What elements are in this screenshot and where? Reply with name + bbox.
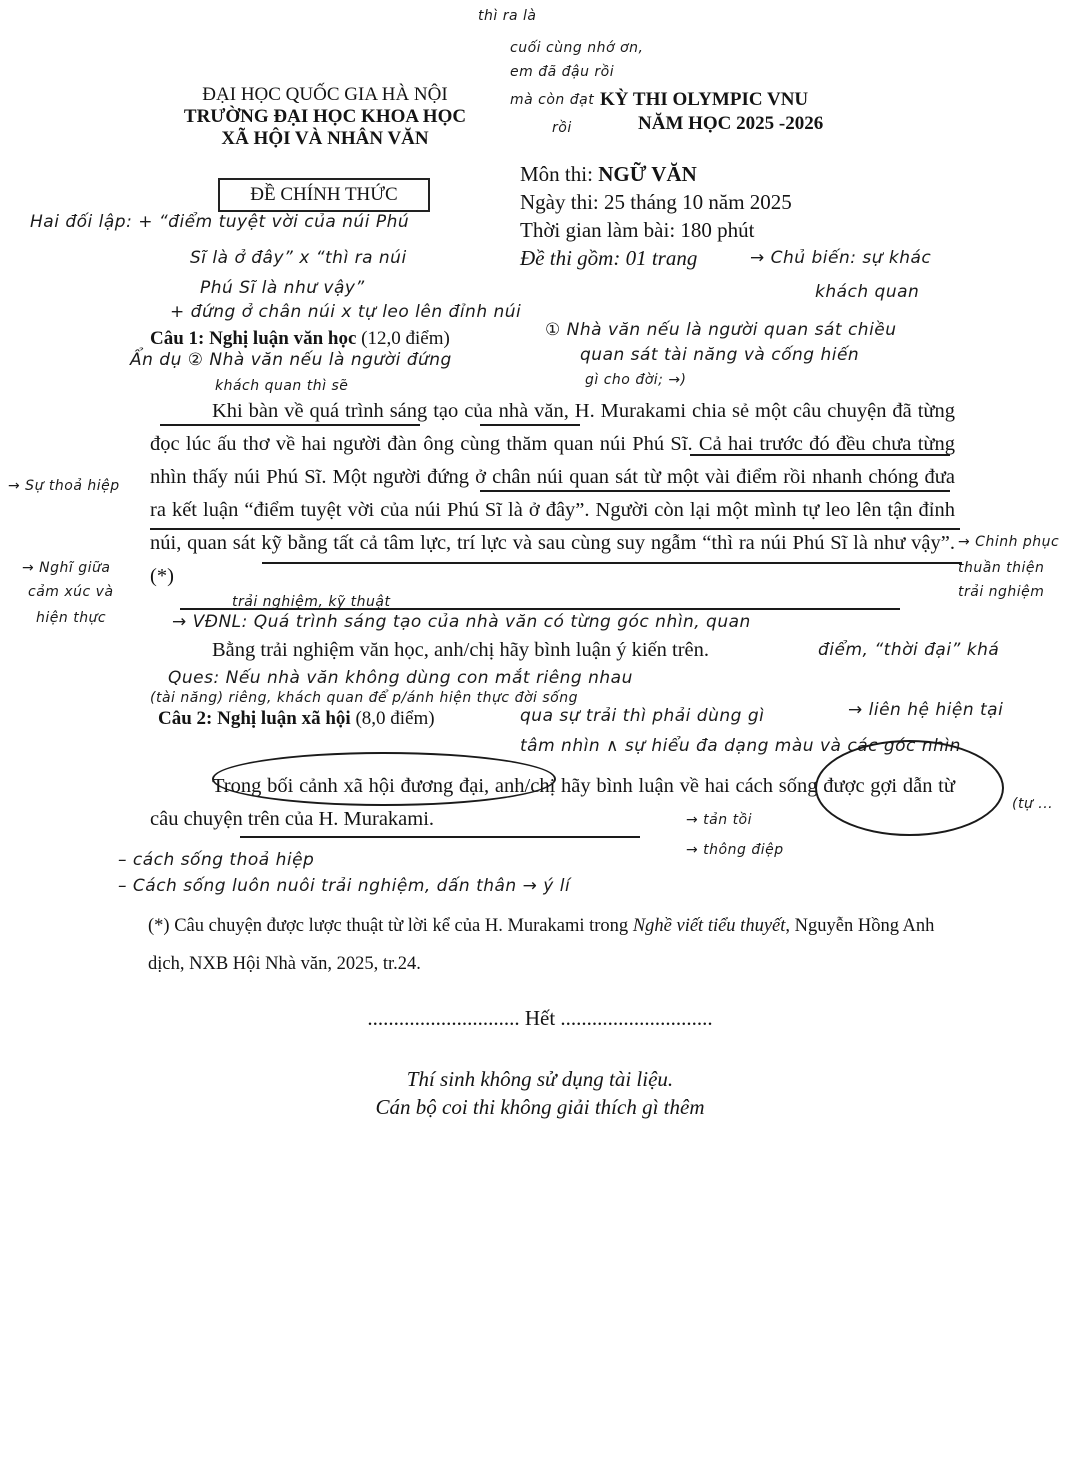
pen-underline [180, 608, 900, 610]
exam-name: KỲ THI OLYMPIC VNU [600, 88, 900, 112]
handwritten-note: → Sự thoả hiệp [8, 478, 120, 494]
handwritten-note: Hai đối lập: + “điểm tuyệt vời của núi P… [30, 212, 409, 232]
subject-line: Môn thi: NGỮ VĂN [520, 160, 792, 188]
handwritten-note: Phú Sĩ là như vậy” [200, 278, 365, 298]
pen-underline [262, 562, 962, 564]
exam-duration: Thời gian làm bài: 180 phút [520, 216, 792, 244]
pen-circle [212, 752, 556, 806]
institution-header: ĐẠI HỌC QUỐC GIA HÀ NỘI TRƯỜNG ĐẠI HỌC K… [160, 84, 490, 150]
handwritten-note: Sĩ là ở đây” x “thì ra núi [190, 248, 407, 268]
university-name: ĐẠI HỌC QUỐC GIA HÀ NỘI [160, 84, 490, 106]
exam-date: Ngày thi: 25 tháng 10 năm 2025 [520, 188, 792, 216]
handwritten-note: gì cho đời; →) [585, 372, 687, 388]
subject-label: Môn thi: [520, 162, 598, 186]
handwritten-note: thuần thiện [958, 560, 1044, 576]
handwritten-note: quan sát tài năng và cống hiến [580, 345, 859, 365]
question1-points: (12,0 điểm) [356, 328, 449, 349]
official-exam-label: ĐỀ CHÍNH THỨC [218, 178, 430, 212]
handwritten-note: rồi [552, 120, 572, 136]
notice-no-explanation: Cán bộ coi thi không giải thích gì thêm [0, 1093, 1080, 1121]
pen-underline [240, 836, 640, 838]
handwritten-note: → thông điệp [686, 842, 784, 858]
exam-notices: Thí sinh không sử dụng tài liệu. Cán bộ … [0, 1065, 1080, 1121]
handwritten-note: Ques: Nếu nhà văn không dùng con mắt riê… [168, 668, 633, 688]
footnote-book-title: Nghề viết tiểu thuyết [633, 916, 786, 936]
pen-underline [150, 528, 960, 530]
question1-title: Câu 1: Nghị luận văn học (12,0 điểm) [150, 328, 450, 350]
pen-underline [480, 424, 580, 426]
subject-value: NGỮ VĂN [598, 162, 697, 186]
handwritten-note: – Cách sống luôn nuôi trải nghiệm, dấn t… [118, 876, 570, 896]
question2-title: Câu 2: Nghị luận xã hội (8,0 điểm) [158, 708, 435, 730]
handwritten-note: qua sự trải thì phải dùng gì [520, 706, 764, 726]
handwritten-note: → tản tồi [686, 812, 752, 828]
handwritten-note: → Nghĩ giữa [22, 560, 110, 576]
handwritten-note: khách quan [815, 282, 919, 302]
school-name-line1: TRƯỜNG ĐẠI HỌC KHOA HỌC [160, 106, 490, 128]
question2-points: (8,0 điểm) [351, 708, 435, 729]
handwritten-note: Ẩn dụ ② Nhà văn nếu là người đứng [130, 350, 452, 370]
handwritten-note: thì ra là [478, 8, 536, 24]
pen-underline [690, 454, 950, 456]
handwritten-note: cảm xúc và [28, 584, 114, 600]
question1-label: Câu 1: Nghị luận văn học [150, 328, 356, 349]
school-year: NĂM HỌC 2025 -2026 [600, 112, 900, 136]
handwritten-note: + đứng ở chân núi x tự leo lên đỉnh núi [170, 302, 521, 322]
pen-underline [160, 424, 420, 426]
footnote: (*) Câu chuyện được lược thuật từ lời kể… [148, 907, 963, 983]
exam-header: KỲ THI OLYMPIC VNU NĂM HỌC 2025 -2026 [600, 88, 900, 136]
footnote-prefix: (*) Câu chuyện được lược thuật từ lời kể… [148, 916, 633, 936]
pen-circle [815, 740, 1004, 836]
handwritten-note: mà còn đạt [510, 92, 594, 108]
handwritten-note: → Chinh phục [958, 534, 1059, 550]
handwritten-note: điểm, “thời đại” khá [818, 640, 999, 660]
pen-underline [480, 490, 950, 492]
handwritten-note: (tự ... [1012, 796, 1053, 812]
handwritten-note: ① Nhà văn nếu là người quan sát chiều [545, 320, 897, 340]
handwritten-note: → Chủ biến: sự khác [750, 248, 931, 268]
notice-no-materials: Thí sinh không sử dụng tài liệu. [0, 1065, 1080, 1093]
handwritten-note: trải nghiệm [958, 584, 1044, 600]
handwritten-note: em đã đậu rồi [510, 64, 614, 80]
end-marker: ............................. Hết ......… [0, 1006, 1080, 1031]
handwritten-note: hiện thực [36, 610, 106, 626]
handwritten-note: – cách sống thoả hiệp [118, 850, 314, 870]
school-name-line2: XÃ HỘI VÀ NHÂN VĂN [160, 128, 490, 150]
handwritten-note: → liên hệ hiện tại [848, 700, 1003, 720]
handwritten-note: cuối cùng nhớ ơn, [510, 40, 643, 56]
handwritten-note: → VĐNL: Quá trình sáng tạo của nhà văn c… [172, 612, 751, 632]
handwritten-note: khách quan thì sẽ [215, 378, 348, 394]
handwritten-note: (tài năng) riêng, khách quan để p/ánh hi… [150, 690, 578, 706]
question2-label: Câu 2: Nghị luận xã hội [158, 708, 351, 729]
